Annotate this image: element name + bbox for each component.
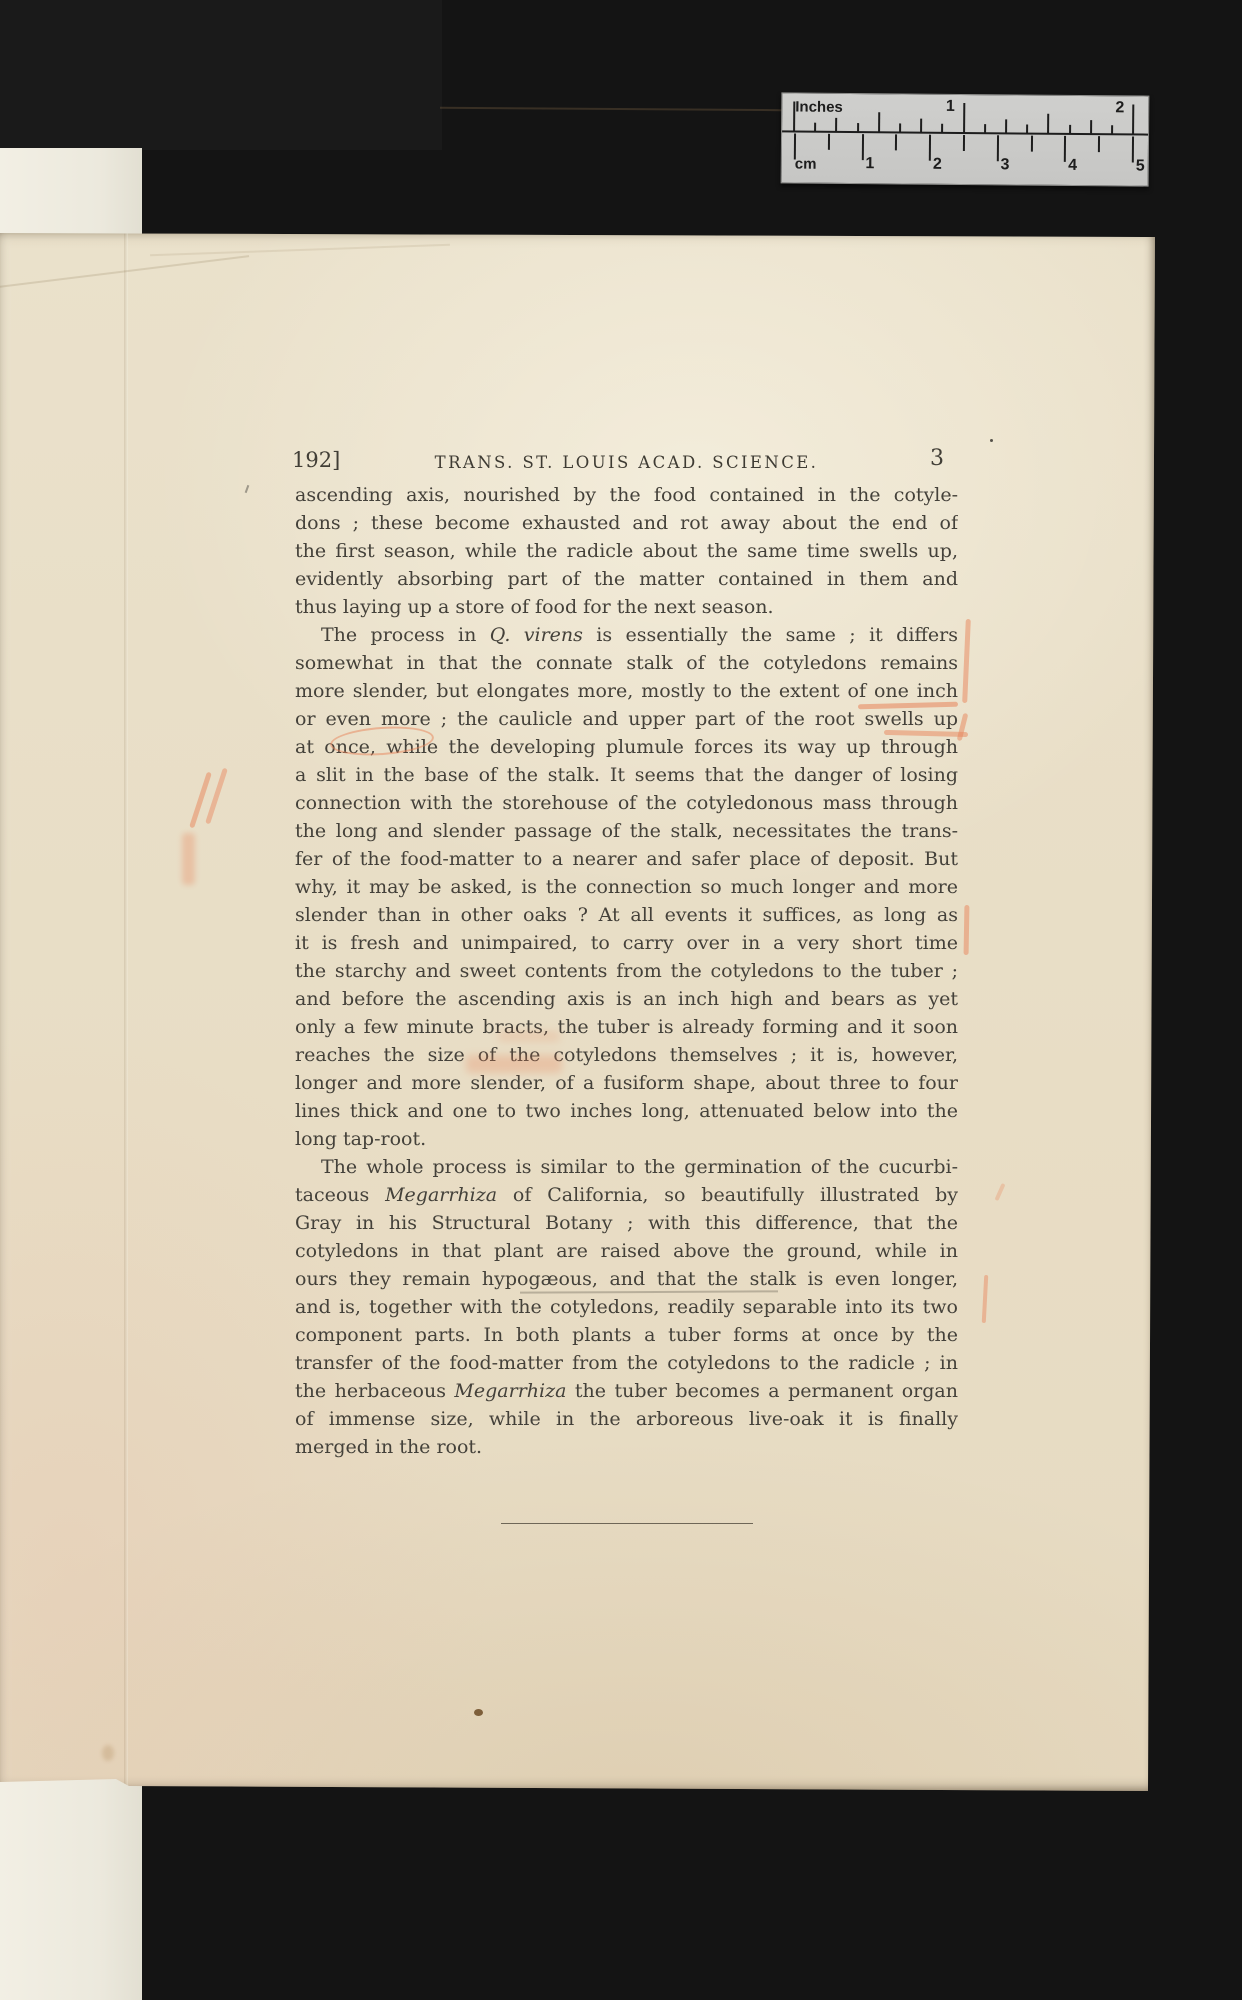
text-line: Gray in his Structural Botany ; with thi… [295,1209,958,1237]
text-line: thus laying up a store of food for the n… [295,593,958,621]
cm-label: cm [795,156,817,173]
scale-number: 5 [1136,157,1145,175]
text-line: dons ; these become exhausted and rot aw… [295,509,958,537]
text-line: The process in Q. virens is essentially … [295,621,958,649]
ink-speck [245,485,250,493]
text-line: more slender, but elongates more, mostly… [295,677,958,705]
scale-tick [997,135,999,161]
scale-tick [1090,120,1092,134]
scale-number: 1 [946,98,955,116]
scale-tick [857,123,859,132]
scale-tick [929,135,931,161]
backdrop-flap-edge [440,107,782,111]
text-line: connection with the storehouse of the co… [295,789,958,817]
section-divider [501,1523,753,1524]
scale-tick [828,134,830,150]
text-line: it is fresh and unimpaired, to carry ove… [295,929,958,957]
scale-tick [963,103,965,133]
paper-crease [150,244,450,256]
scale-tick [941,124,943,133]
inches-label: Inches [795,99,843,116]
fox-spot [102,1745,114,1761]
scale-number: 1 [865,155,874,173]
orange-smudge [498,1031,560,1042]
scale-tick [1069,125,1071,134]
orange-margin-stroke [962,619,971,703]
scale-tick [1026,125,1028,134]
scale-tick [1064,136,1066,162]
scale-tick [814,123,816,132]
scale-number: 4 [1068,157,1077,175]
orange-margin-hook [957,713,969,741]
text-line: reaches the size of the cotyledons thems… [295,1041,958,1069]
backdrop-flap [0,0,442,150]
text-line: and before the ascending axis is an inch… [295,985,958,1013]
scale-tick [1132,136,1134,162]
text-line: somewhat in that the connate stalk of th… [295,649,958,677]
text-line: only a few minute bracts, the tuber is a… [295,1013,958,1041]
scale-tick [920,119,922,133]
scale-number: 3 [1000,156,1009,174]
text-line: slender than in other oaks ? At all even… [295,901,958,929]
text-line: of immense size, while in the arboreous … [295,1405,958,1433]
orange-margin-stroke [982,1275,989,1323]
text-line: long tap-root. [295,1125,958,1153]
body-text: ascending axis, nourished by the food co… [295,481,958,1461]
text-line: cotyledons in that plant are raised abov… [295,1237,958,1265]
scale-number: 2 [933,156,942,174]
text-line: taceous Megarrhiza of California, so bea… [295,1181,958,1209]
fox-spot [474,1709,483,1716]
gutter-crease [124,233,128,1791]
photographed-book-page: 192] TRANS. ST. LOUIS ACAD. SCIENCE. 3 a… [0,0,1242,2000]
text-line: The whole process is similar to the germ… [295,1153,958,1181]
scale-tick [861,134,863,160]
running-title: TRANS. ST. LOUIS ACAD. SCIENCE. [295,453,958,472]
text-line: evidently absorbing part of the matter c… [295,565,958,593]
text-line: ascending axis, nourished by the food co… [295,481,958,509]
scale-tick [1030,136,1032,152]
text-line: merged in the root. [295,1433,958,1461]
orange-margin-tick [995,1183,1006,1201]
text-line: longer and more slender, of a fusiform s… [295,1069,958,1097]
text-line: the long and slender passage of the stal… [295,817,958,845]
orange-left-smudge [182,833,195,885]
scale-tick [793,102,795,132]
text-line: ours they remain hypogæous, and that the… [295,1265,958,1293]
text-line: the starchy and sweet contents from the … [295,957,958,985]
scale-tick [895,134,897,150]
scale-tick [899,123,901,132]
text-line: transfer of the food-matter from the cot… [295,1349,958,1377]
text-line: a slit in the base of the stalk. It seem… [295,761,958,789]
orange-margin-stroke [964,905,970,955]
scale-tick [794,134,796,160]
book-page: 192] TRANS. ST. LOUIS ACAD. SCIENCE. 3 a… [0,233,1156,1791]
text-line: the herbaceous Megarrhiza the tuber beco… [295,1377,958,1405]
text-line: lines thick and one to two inches long, … [295,1097,958,1125]
scale-tick [1098,136,1100,152]
text-line: component parts. In both plants a tuber … [295,1321,958,1349]
text-line: why, it may be asked, is the connection … [295,873,958,901]
page-number: 3 [930,446,944,471]
scale-tick [1132,104,1134,134]
scale-tick [835,118,837,132]
scale-tick [963,135,965,151]
scale-tick [984,124,986,133]
scale-tick [1005,119,1007,133]
scale-tick [878,112,880,132]
photographic-scale-bar: Inches cm 1212345 [781,92,1150,186]
scale-tick [1111,125,1113,134]
orange-smudge-fusiform [466,1055,562,1073]
text-line: fer of the food-matter to a nearer and s… [295,845,958,873]
ink-speck [990,439,993,442]
scale-number: 2 [1115,99,1124,117]
scale-tick [1047,114,1049,134]
text-line: the first season, while the radicle abou… [295,537,958,565]
text-line: and is, together with the cotyledons, re… [295,1293,958,1321]
